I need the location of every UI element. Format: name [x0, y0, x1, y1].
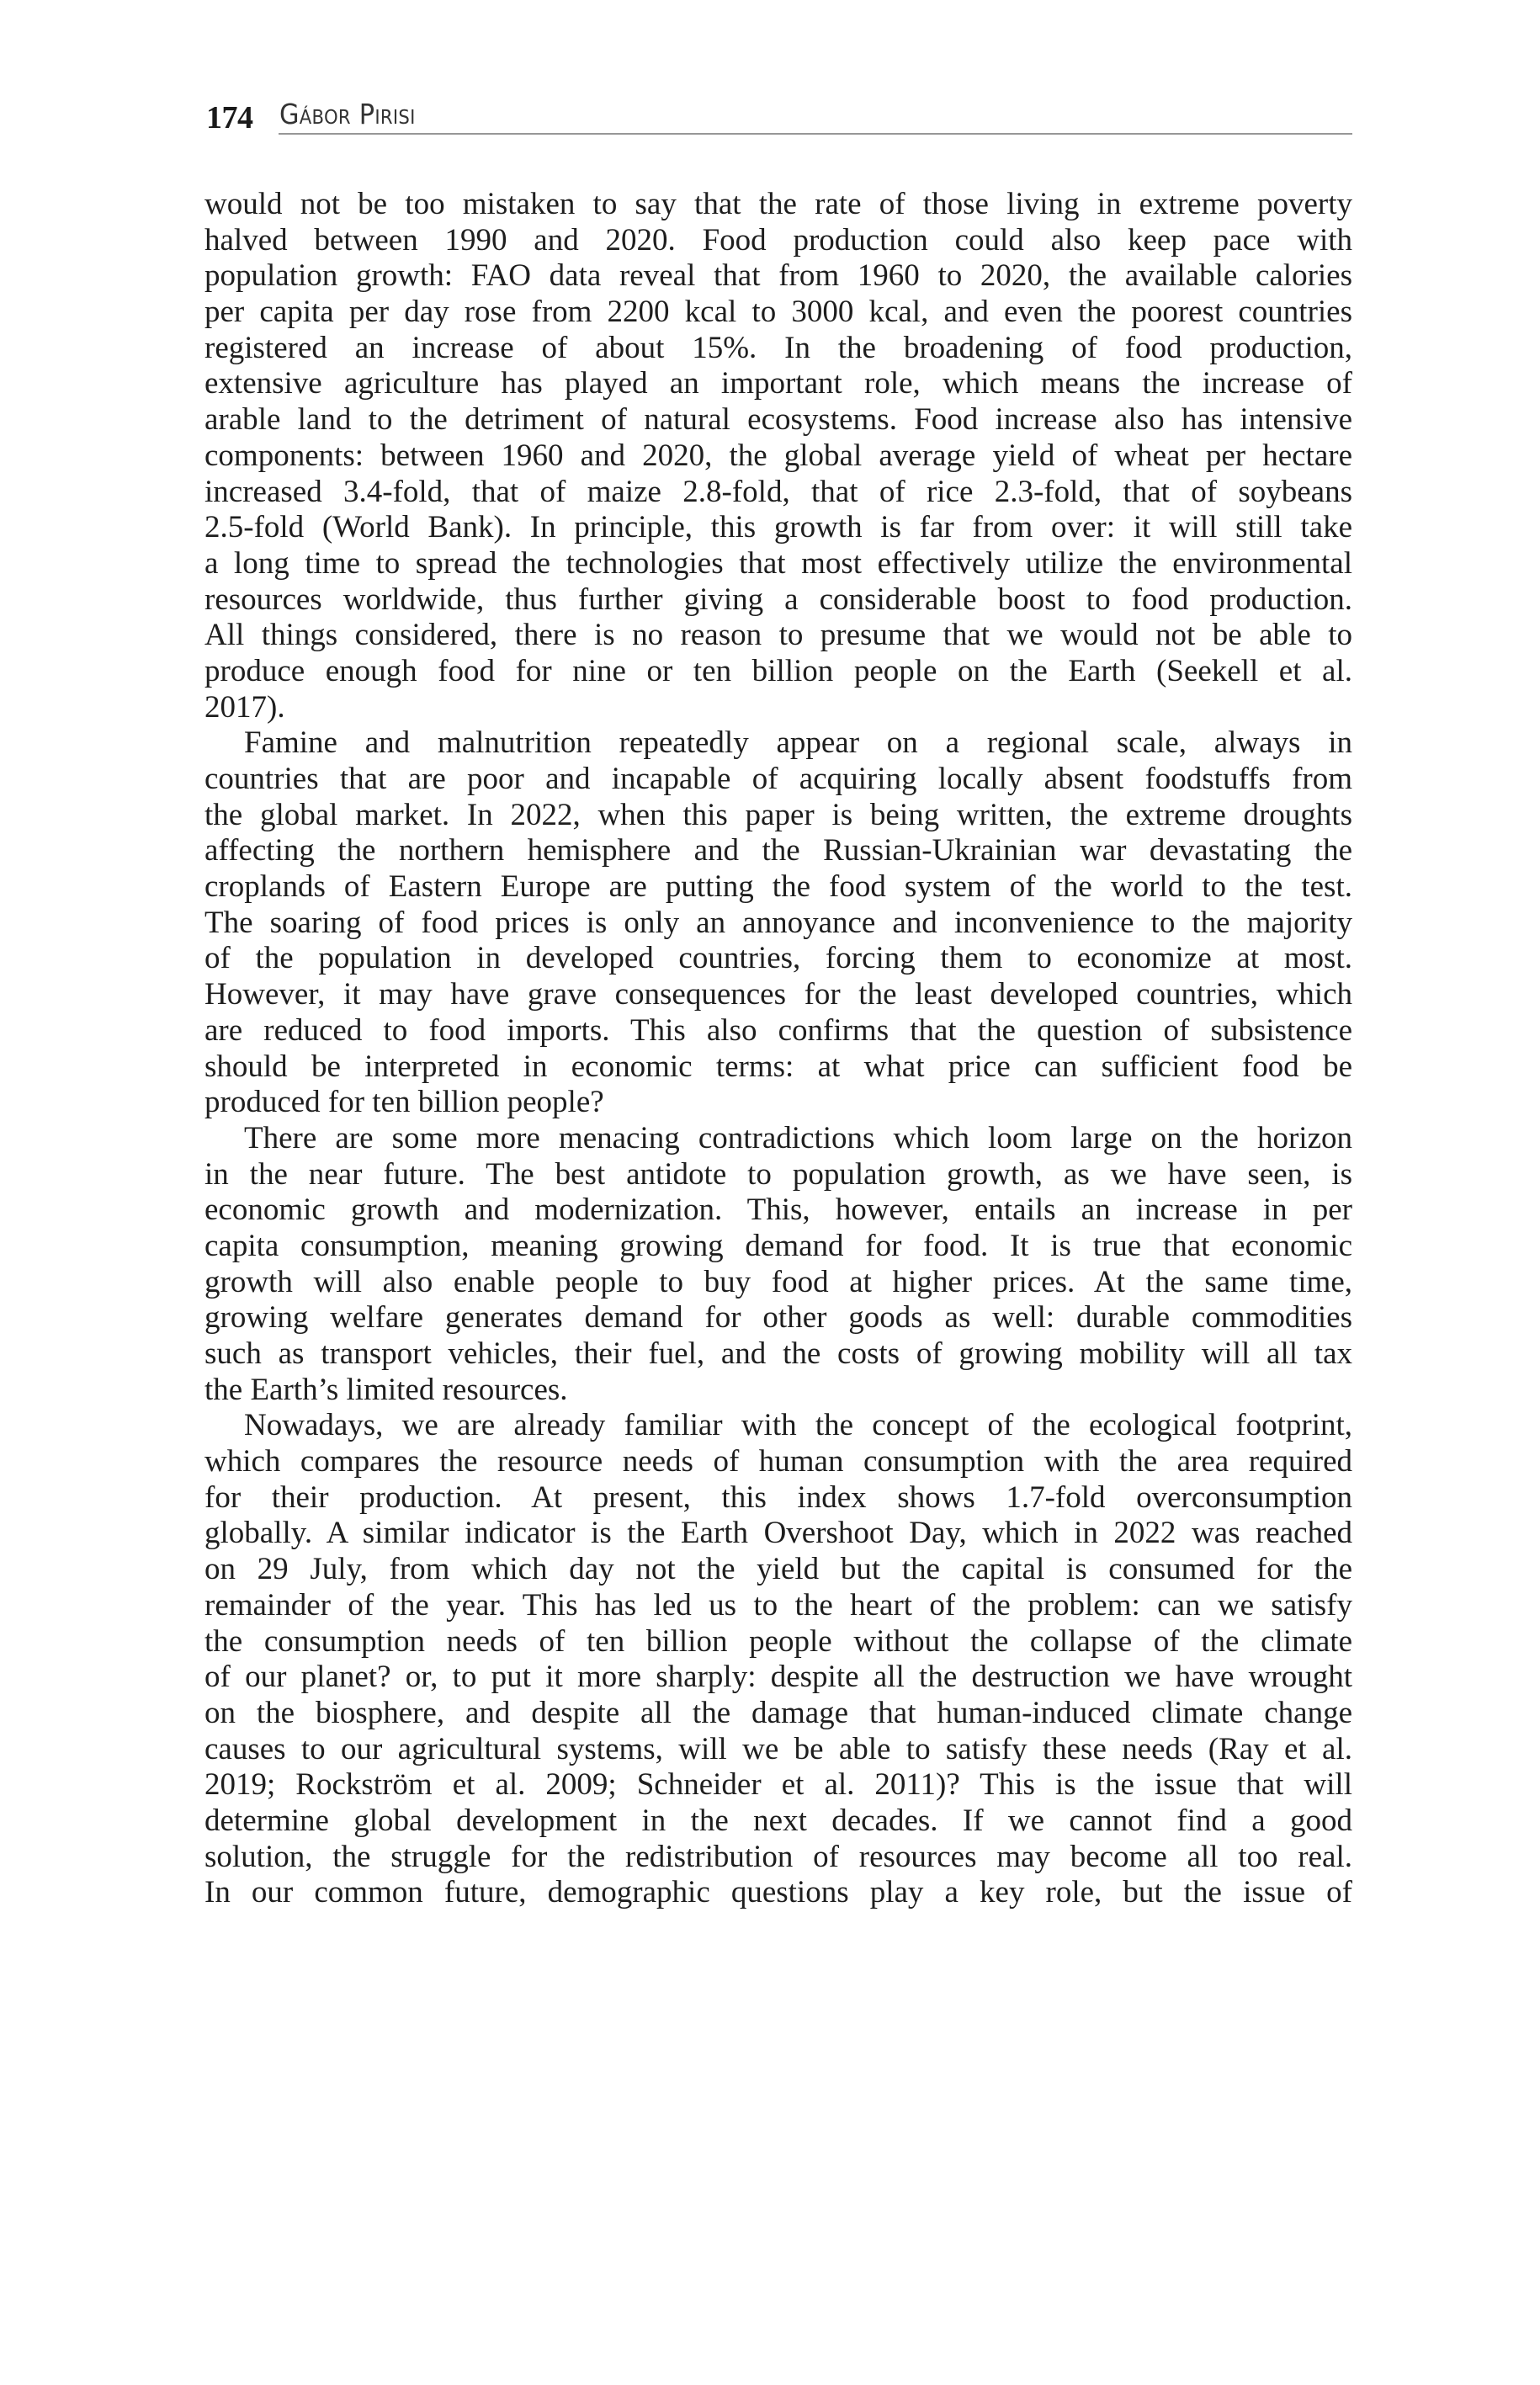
- text-line: would not be too mistaken to say that th…: [204, 187, 1352, 223]
- text-line: 2.5-fold (World Bank). In principle, thi…: [204, 510, 1352, 546]
- text-line: in the near future. The best antidote to…: [204, 1157, 1352, 1193]
- text-line: 2017).: [204, 690, 1352, 726]
- text-line: Famine and malnutrition repeatedly appea…: [204, 725, 1352, 762]
- text-line: the Earth’s limited resources.: [204, 1373, 1352, 1409]
- body-text: would not be too mistaken to say that th…: [204, 187, 1352, 1911]
- text-line: The soaring of food prices is only an an…: [204, 906, 1352, 942]
- text-line: resources worldwide, thus further giving…: [204, 582, 1352, 619]
- text-line: such as transport vehicles, their fuel, …: [204, 1336, 1352, 1373]
- header-rule: [279, 133, 1352, 135]
- text-line: growth will also enable people to buy fo…: [204, 1265, 1352, 1301]
- text-line: population growth: FAO data reveal that …: [204, 258, 1352, 295]
- text-line: which compares the resource needs of hum…: [204, 1444, 1352, 1480]
- text-line: affecting the northern hemisphere and th…: [204, 833, 1352, 869]
- running-head: 174 Gábor Pirisi: [204, 93, 1352, 136]
- paragraph-2: Famine and malnutrition repeatedly appea…: [204, 725, 1352, 1121]
- text-line: economic growth and modernization. This,…: [204, 1192, 1352, 1229]
- text-line: capita consumption, meaning growing dema…: [204, 1229, 1352, 1265]
- text-line: should be interpreted in economic terms:…: [204, 1049, 1352, 1086]
- text-line: In our common future, demographic questi…: [204, 1875, 1352, 1911]
- text-line: solution, the struggle for the redistrib…: [204, 1840, 1352, 1876]
- text-line: increased 3.4-fold, that of maize 2.8-fo…: [204, 475, 1352, 511]
- paragraph-1: would not be too mistaken to say that th…: [204, 187, 1352, 725]
- paragraph-3: There are some more menacing contradicti…: [204, 1121, 1352, 1409]
- text-line: a long time to spread the technologies t…: [204, 546, 1352, 582]
- text-line: on the biosphere, and despite all the da…: [204, 1696, 1352, 1732]
- text-line: halved between 1990 and 2020. Food produ…: [204, 223, 1352, 259]
- text-line: on 29 July, from which day not the yield…: [204, 1552, 1352, 1588]
- text-line: per capita per day rose from 2200 kcal t…: [204, 295, 1352, 331]
- text-line: 2019; Rockström et al. 2009; Schneider e…: [204, 1767, 1352, 1803]
- text-line: the consumption needs of ten billion peo…: [204, 1624, 1352, 1660]
- text-line: All things considered, there is no reaso…: [204, 618, 1352, 654]
- text-line: globally. A similar indicator is the Ear…: [204, 1516, 1352, 1552]
- text-line: Nowadays, we are already familiar with t…: [204, 1408, 1352, 1444]
- text-line: produce enough food for nine or ten bill…: [204, 654, 1352, 690]
- text-line: arable land to the detriment of natural …: [204, 402, 1352, 438]
- text-line: growing welfare generates demand for oth…: [204, 1300, 1352, 1336]
- text-line: determine global development in the next…: [204, 1803, 1352, 1840]
- text-line: for their production. At present, this i…: [204, 1480, 1352, 1517]
- text-line: There are some more menacing contradicti…: [204, 1121, 1352, 1157]
- text-line: croplands of Eastern Europe are putting …: [204, 869, 1352, 906]
- text-line: produced for ten billion people?: [204, 1085, 1352, 1121]
- running-head-author: Gábor Pirisi: [279, 98, 416, 131]
- text-line: registered an increase of about 15%. In …: [204, 331, 1352, 367]
- text-line: components: between 1960 and 2020, the g…: [204, 438, 1352, 475]
- text-line: the global market. In 2022, when this pa…: [204, 798, 1352, 834]
- text-line: remainder of the year. This has led us t…: [204, 1588, 1352, 1624]
- text-line: causes to our agricultural systems, will…: [204, 1732, 1352, 1768]
- page-number: 174: [206, 101, 253, 135]
- text-line: countries that are poor and incapable of…: [204, 762, 1352, 798]
- text-line: However, it may have grave consequences …: [204, 977, 1352, 1013]
- text-line: are reduced to food imports. This also c…: [204, 1013, 1352, 1049]
- text-line: of the population in developed countries…: [204, 941, 1352, 977]
- text-line: extensive agriculture has played an impo…: [204, 366, 1352, 402]
- text-line: of our planet? or, to put it more sharpl…: [204, 1660, 1352, 1696]
- paragraph-4: Nowadays, we are already familiar with t…: [204, 1408, 1352, 1911]
